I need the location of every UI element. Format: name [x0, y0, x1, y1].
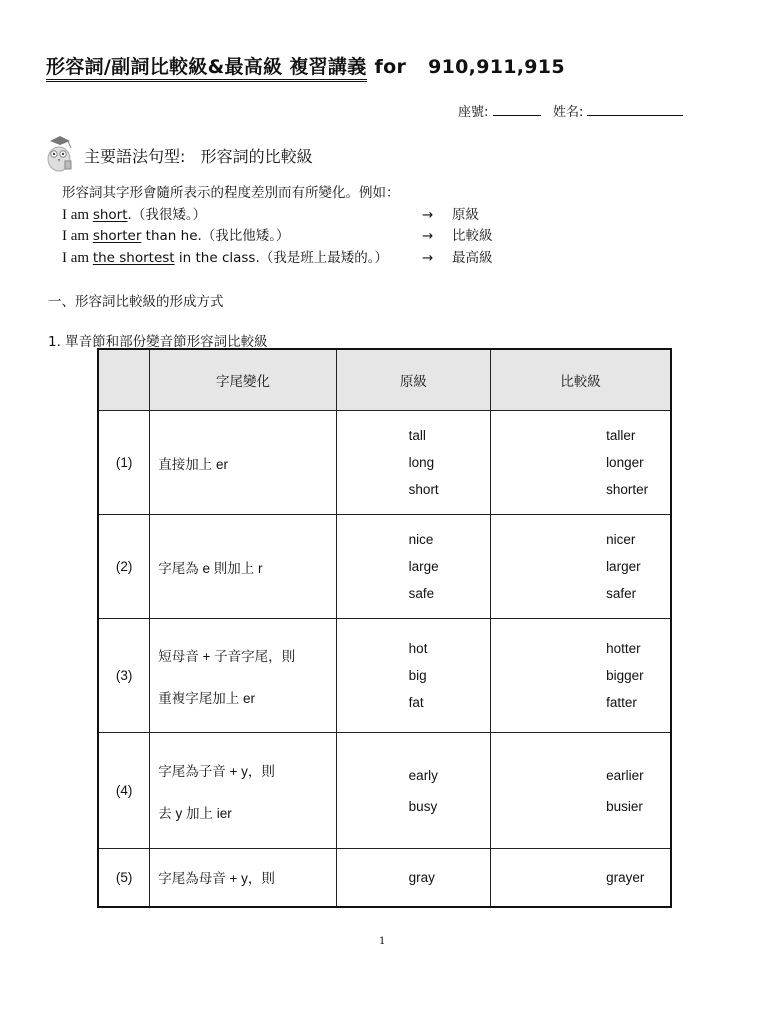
level-label: 比較級 — [452, 226, 493, 248]
subsection-1-heading: 1. 單音節和部份變音節形容詞比較級 — [48, 330, 268, 350]
arrow-icon: → — [422, 248, 433, 270]
level-label: 最高級 — [452, 248, 493, 270]
title-for: for — [375, 56, 407, 78]
header-comparative: 比較級 — [491, 349, 671, 411]
section-1-heading: 一、形容詞比較級的形成方式 — [48, 290, 224, 310]
header-num — [98, 349, 150, 411]
underlined-word: the shortest — [93, 250, 175, 266]
name-blank[interactable] — [587, 105, 683, 116]
student-info: 座號: 姓名: — [458, 101, 683, 120]
table-row: (2) 字尾為 e 則加上 r nice large safe nicer la… — [98, 515, 671, 619]
intro-description: 形容詞其字形會隨所表示的程度差別而有所變化。例如： — [62, 183, 400, 205]
title-chinese: 形容詞/副詞比較級&最高級 複習講義 — [46, 56, 367, 82]
underlined-word: short — [93, 207, 128, 223]
seat-blank[interactable] — [493, 105, 541, 116]
name-label: 姓名: — [553, 105, 583, 120]
header-positive: 原級 — [336, 349, 490, 411]
table-row: (5) 字尾為母音 + y，則 gray grayer — [98, 849, 671, 907]
level-label: 原級 — [452, 205, 479, 227]
example-row: I am the shortest in the class.（我是班上最矮的。… — [62, 248, 400, 270]
arrow-icon: → — [422, 205, 433, 227]
section-heading: 主要語法句型: 形容詞的比較級 — [84, 144, 313, 167]
heading-label: 主要語法句型: — [84, 147, 185, 166]
underlined-word: shorter — [93, 228, 142, 244]
page-number: 1 — [379, 936, 385, 947]
header-rule: 字尾變化 — [150, 349, 336, 411]
table-header-row: 字尾變化 原級 比較級 — [98, 349, 671, 411]
owl-mascot-icon — [42, 133, 74, 173]
table-row: (4) 字尾為子音 + y，則 去 y 加上 ier early busy ea… — [98, 733, 671, 849]
table-row: (3) 短母音 + 子音字尾，則 重複字尾加上 er hot big fat h… — [98, 619, 671, 733]
table-row: (1) 直接加上 er tall long short taller longe… — [98, 411, 671, 515]
example-row: I am short.（我很矮。） → 原級 — [62, 205, 400, 227]
intro-block: 形容詞其字形會隨所表示的程度差別而有所變化。例如： I am short.（我很… — [62, 183, 400, 269]
comparative-rules-table: 字尾變化 原級 比較級 (1) 直接加上 er tall long short … — [97, 348, 672, 908]
seat-label: 座號: — [458, 105, 488, 120]
arrow-icon: → — [422, 226, 433, 248]
document-title: 形容詞/副詞比較級&最高級 複習講義for910,911,915 — [46, 52, 565, 79]
example-row: I am shorter than he.（我比他矮。） → 比較級 — [62, 226, 400, 248]
heading-topic: 形容詞的比較級 — [201, 147, 313, 166]
title-classes: 910,911,915 — [428, 56, 565, 78]
